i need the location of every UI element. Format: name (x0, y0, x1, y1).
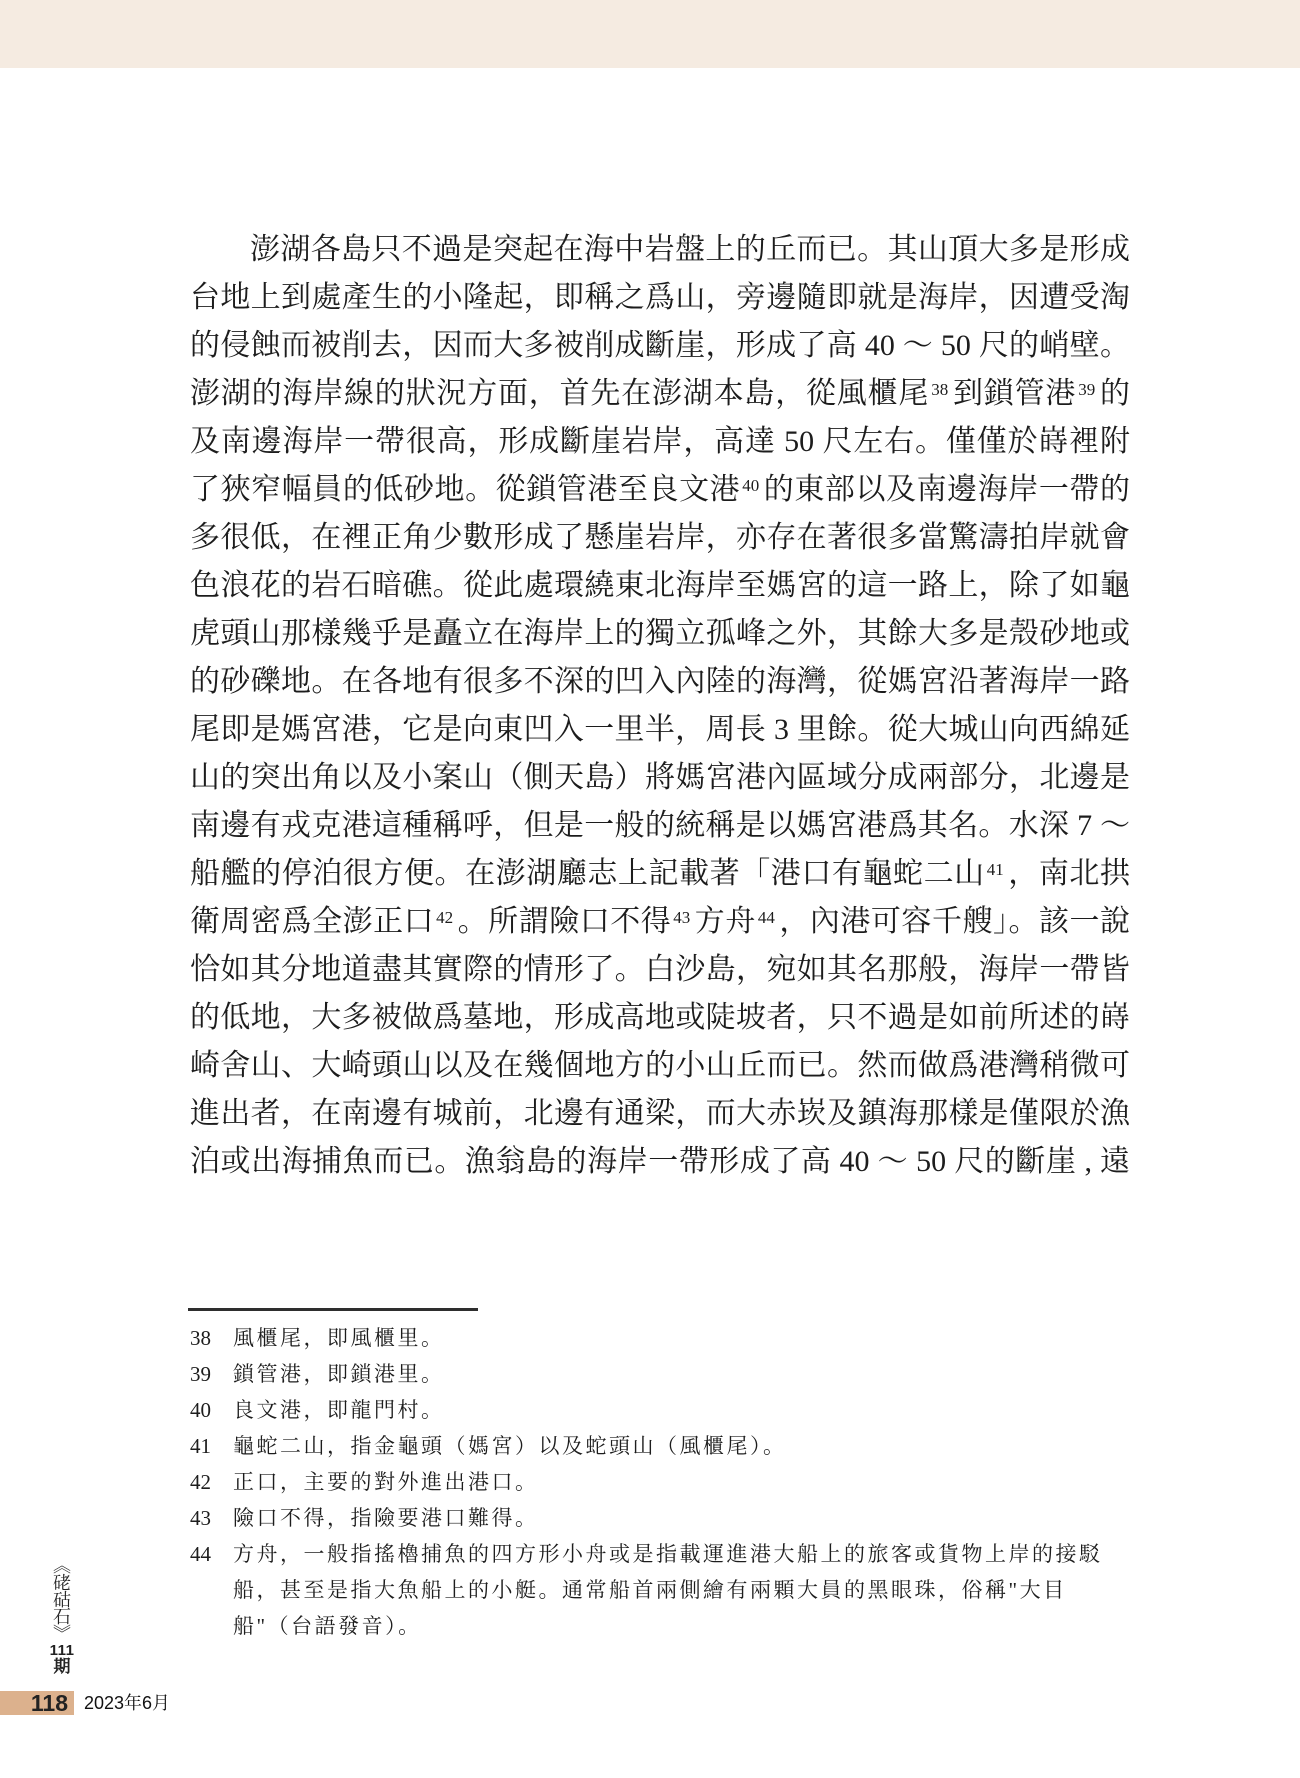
footnote-number: 41 (190, 1428, 233, 1464)
footnote-ref: 38 (931, 380, 948, 399)
top-margin-band (0, 0, 1300, 68)
text-line: 台地上到處產生的小隆起，即稱之爲山，旁邊隨即就是海岸，因遭受淘湧波濤 (190, 274, 1130, 322)
spine-issue-number: 111 (50, 1643, 75, 1658)
text-line: 的砂礫地。在各地有很多不深的凹入內陸的海灣，從媽宮沿著海岸一路至風櫃 (190, 658, 1130, 706)
text-line: 的侵蝕而被削去，因而大多被削成斷崖，形成了高 40 ～ 50 尺的峭壁。在觀察 (190, 322, 1130, 370)
footnote-ref: 44 (758, 908, 775, 927)
footnote-item: 44方舟，一般指搖櫓捕魚的四方形小舟或是指載運進港大船上的旅客或貨物上岸的接駁船… (190, 1536, 1138, 1644)
footnote-text: 良文港，即龍門村。 (233, 1392, 1138, 1428)
text-line: 崎舍山、大崎頭山以及在幾個地方的小山丘而已。然而做爲港灣稍微可供船舶 (190, 1042, 1130, 1090)
footnote-text: 龜蛇二山，指金龜頭（媽宮）以及蛇頭山（風櫃尾）。 (233, 1428, 1138, 1464)
footnote-text: 風櫃尾，即風櫃里。 (233, 1320, 1138, 1356)
footnotes-list: 38風櫃尾，即風櫃里。39鎖管港，即鎖港里。40良文港，即龍門村。41龜蛇二山，… (190, 1320, 1138, 1644)
footnote-text: 正口，主要的對外進出港口。 (233, 1464, 1138, 1500)
page-number-badge: 118 (0, 1691, 74, 1715)
footnote-item: 41龜蛇二山，指金龜頭（媽宮）以及蛇頭山（風櫃尾）。 (190, 1428, 1138, 1464)
footnote-ref: 42 (436, 908, 453, 927)
issue-date: 2023年6月 (84, 1691, 170, 1715)
footnote-item: 38風櫃尾，即風櫃里。 (190, 1320, 1138, 1356)
footnote-item: 42正口，主要的對外進出港口。 (190, 1464, 1138, 1500)
text-line: 色浪花的岩石暗礁。從此處環繞東北海岸至媽宮的這一路上，除了如龜壁山、 (190, 562, 1130, 610)
text-line: 澎湖各島只不過是突起在海中岩盤上的丘而已。其山頂大多是形成台地， (190, 226, 1130, 274)
text-line: 了狹窄幅員的低砂地。從鎖管港至良文港40的東部以及南邊海岸一帶的砂地大 (190, 466, 1130, 514)
footnote-ref: 43 (673, 908, 690, 927)
text-line: 船艦的停泊很方便。在澎湖廳志上記載著「港口有龜蛇二山41，南北拱持，護 (190, 850, 1130, 898)
page-number: 118 (31, 1690, 68, 1717)
text-line: 多很低，在裡正角少數形成了懸崖岩岸，亦存在著很多當驚濤拍岸就會激起白 (190, 514, 1130, 562)
footnote-item: 43險口不得，指險要港口難得。 (190, 1500, 1138, 1536)
footnote-text: 方舟，一般指搖櫓捕魚的四方形小舟或是指載運進港大船上的旅客或貨物上岸的接駁船，甚… (233, 1536, 1138, 1644)
text-line: 虎頭山那樣幾乎是矗立在海岸上的獨立孤峰之外，其餘大多是殼砂地或是平緩 (190, 610, 1130, 658)
text-line: 山的突出角以及小案山（側天島）將媽宮港內區域分成兩部分，北邊是媽宮港， (190, 754, 1130, 802)
footnote-number: 39 (190, 1356, 233, 1392)
text-line: 泊或出海捕魚而已。漁翁島的海岸一帶形成了高 40 ～ 50 尺的斷崖 , 遠遠眺… (190, 1138, 1130, 1186)
text-line: 衛周密爲全澎正口42。所謂險口不得43方舟44，內港可容千艘」。該一說詞已經 (190, 898, 1130, 946)
footnote-ref: 39 (1078, 380, 1095, 399)
footnote-item: 40良文港，即龍門村。 (190, 1392, 1138, 1428)
footnote-number: 38 (190, 1320, 233, 1356)
text-line: 尾即是媽宮港，它是向東凹入一里半，周長 3 里餘。從大城山向西綿延的大案 (190, 706, 1130, 754)
footnote-number: 44 (190, 1536, 233, 1572)
footnote-text: 鎖管港，即鎖港里。 (233, 1356, 1138, 1392)
footnote-item: 39鎖管港，即鎖港里。 (190, 1356, 1138, 1392)
footnote-ref: 40 (742, 476, 759, 495)
spine-issue-suffix: 期 (54, 1658, 71, 1676)
footnote-number: 43 (190, 1500, 233, 1536)
text-line: 恰如其分地道盡其實際的情形了。白沙島，宛如其名那般，海岸一帶皆爲白沙 (190, 946, 1130, 994)
text-line: 南邊有戎克港這種稱呼，但是一般的統稱是以媽宮港爲其名。水深 7 ～ 8 潯， (190, 802, 1130, 850)
text-line: 澎湖的海岸線的狀況方面，首先在澎湖本島，從風櫃尾38到鎖管港39的西部以 (190, 370, 1130, 418)
journal-spine: ︽硓𥑮石︾111期 (50, 1558, 74, 1676)
article-text: 澎湖各島只不過是突起在海中岩盤上的丘而已。其山頂大多是形成台地，台地上到處產生的… (190, 226, 1130, 1186)
text-line: 的低地，大多被做爲墓地，形成高地或陡坡者，只不過是如前所述的嵵板頭山、 (190, 994, 1130, 1042)
spine-char: ︾ (53, 1626, 71, 1643)
text-line: 進出者，在南邊有城前，北邊有通梁，而大赤崁及鎮海那樣是僅限於漁船的停 (190, 1090, 1130, 1138)
text-line: 及南邊海岸一帶很高，形成斷崖岩岸，高達 50 尺左右。僅僅於嵵裡附近形成 (190, 418, 1130, 466)
footnote-text: 險口不得，指險要港口難得。 (233, 1500, 1138, 1536)
footnote-ref: 41 (987, 860, 1004, 879)
footnote-number: 42 (190, 1464, 233, 1500)
footnote-number: 40 (190, 1392, 233, 1428)
footnote-divider (188, 1308, 478, 1311)
